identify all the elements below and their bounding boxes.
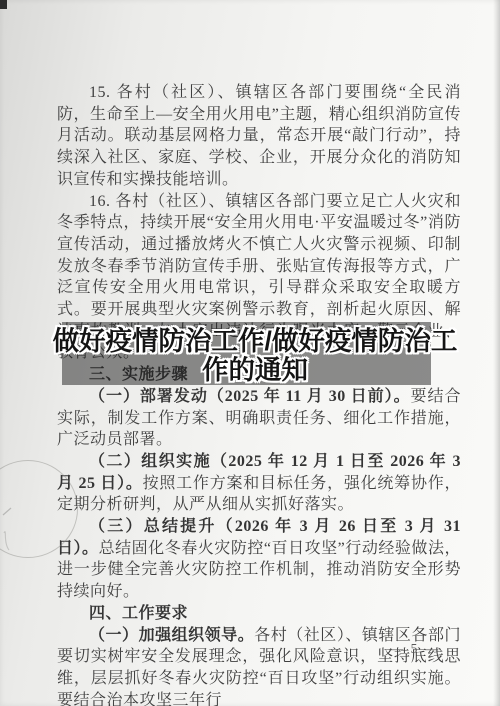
pen-scribble-marks	[0, 505, 20, 555]
overlay-title: 做好疫情防治工作/做好疫情防治工作的通知	[44, 327, 466, 385]
paragraph: （二）组织实施（2025 年 12 月 1 日至 2026 年 3 月 25 日…	[57, 451, 461, 516]
paragraph: （三）总结提升（2026 年 3 月 26 日至 3 月 31 日）。总结固化冬…	[57, 516, 461, 603]
page-number: — 5 —	[380, 641, 450, 657]
paragraph: 15. 各村（社区）、镇辖区各部门要围绕“全民消防，生命至上—安全用火用电”主题…	[57, 82, 461, 191]
scan-edge-shadow	[493, 0, 500, 706]
scan-corner-mark	[0, 0, 7, 9]
document-body: 15. 各村（社区）、镇辖区各部门要围绕“全民消防，生命至上—安全用火用电”主题…	[57, 82, 461, 706]
paragraph: （一）加强组织领导。各村（社区）、镇辖区各部门要切实树牢安全发展理念，强化风险意…	[57, 625, 461, 706]
paragraph-lead: （一）加强组织领导。	[89, 627, 254, 644]
paragraph-lead: （一）部署发动（2025 年 11 月 30 日前）。	[89, 388, 411, 405]
section-heading: 四、工作要求	[57, 603, 461, 625]
scanned-document-page: 15. 各村（社区）、镇辖区各部门要围绕“全民消防，生命至上—安全用火用电”主题…	[0, 0, 500, 706]
paragraph-text: 总结固化冬春火灾防控“百日攻坚”行动经验做法，进一步健全完善火灾防控工作机制，推…	[57, 540, 461, 600]
paragraph-lead: 四、工作要求	[89, 605, 188, 622]
paragraph: （一）部署发动（2025 年 11 月 30 日前）。要结合实际，制发工作方案、…	[57, 386, 461, 451]
paragraph-text: 15. 各村（社区）、镇辖区各部门要围绕“全民消防，生命至上—安全用火用电”主题…	[57, 84, 461, 188]
